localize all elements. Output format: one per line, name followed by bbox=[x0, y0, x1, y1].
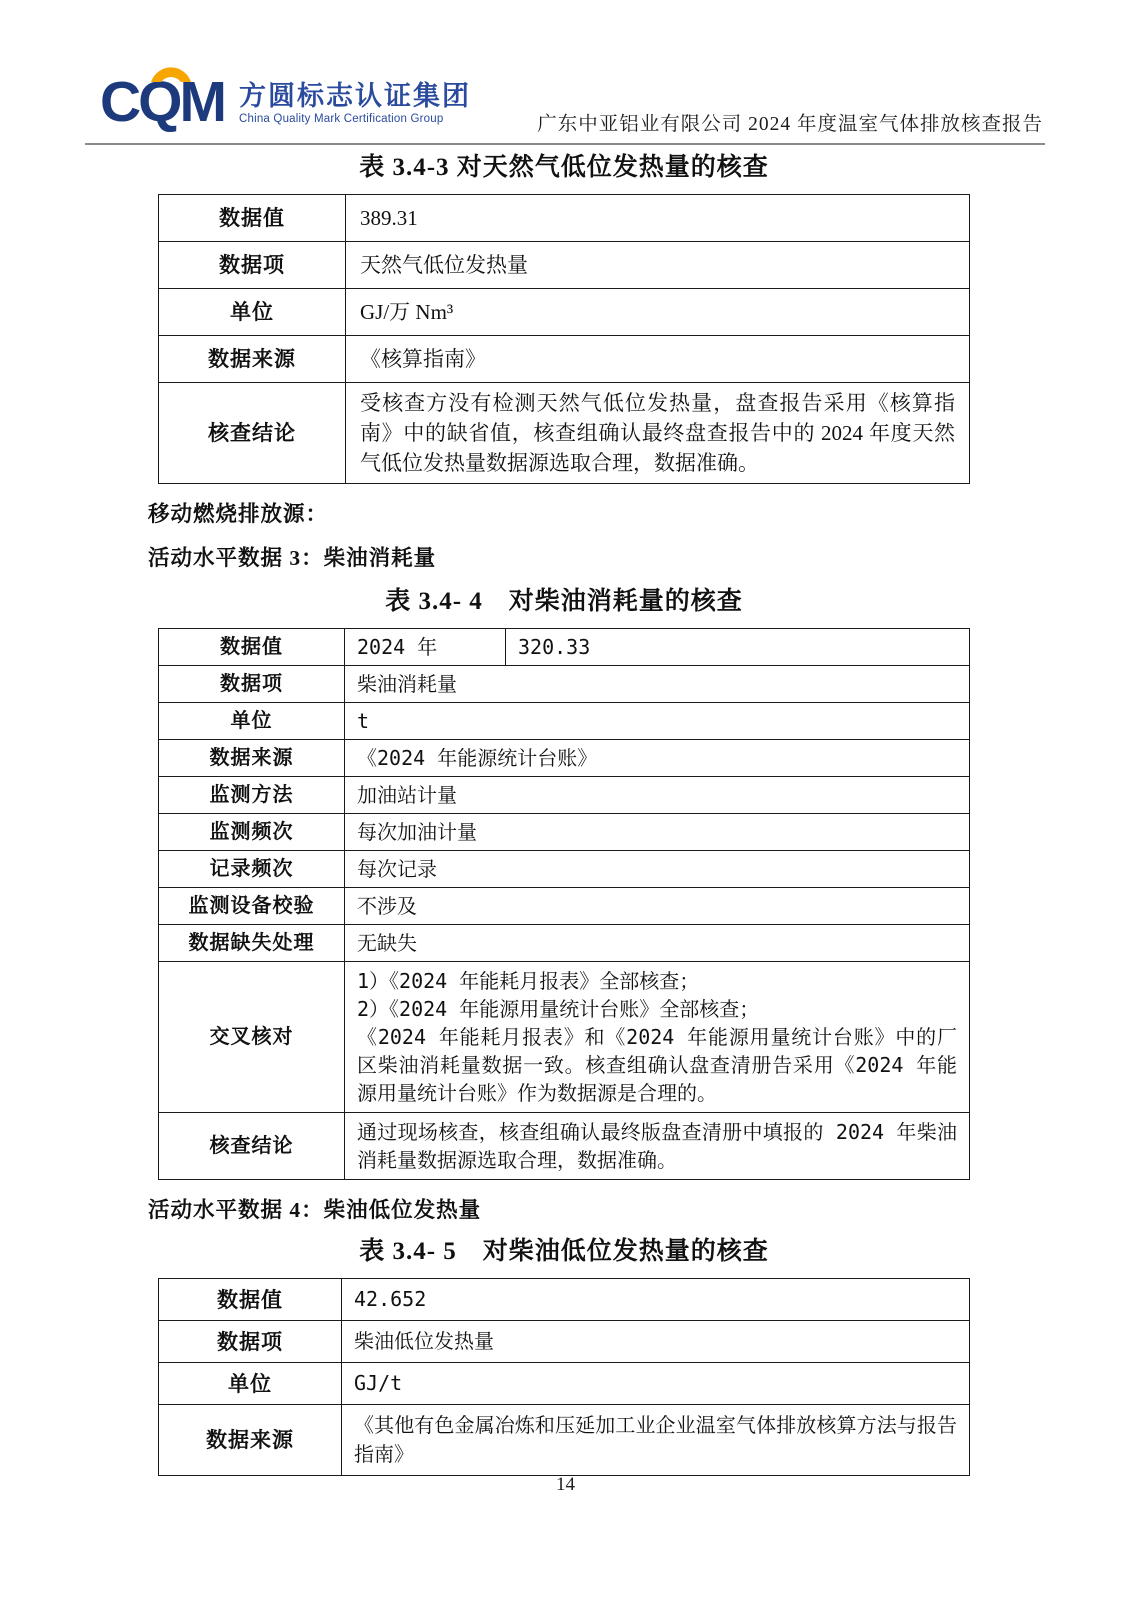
table-row: 记录频次 每次记录 bbox=[159, 851, 970, 888]
row-value: 42.652 bbox=[342, 1279, 970, 1321]
table3-title: 表 3.4- 5 对柴油低位发热量的核查 bbox=[158, 1236, 970, 1268]
table-row: 核查结论 受核查方没有检测天然气低位发热量，盘查报告采用《核算指南》中的缺省值，… bbox=[159, 383, 970, 484]
row-label: 记录频次 bbox=[159, 851, 345, 888]
table-row: 数据来源 《核算指南》 bbox=[159, 336, 970, 383]
row-label: 监测频次 bbox=[159, 814, 345, 851]
logo-name-en: China Quality Mark Certification Group bbox=[239, 112, 471, 126]
table-diesel-heating-value: 数据值 42.652 数据项 柴油低位发热量 单位 GJ/t 数据来源 《其他有… bbox=[158, 1278, 970, 1476]
table-row: 数据项 柴油消耗量 bbox=[159, 666, 970, 703]
row-label: 监测设备校验 bbox=[159, 888, 345, 925]
row-value: 柴油低位发热量 bbox=[342, 1321, 970, 1363]
table-row: 单位 GJ/万 Nm³ bbox=[159, 289, 970, 336]
table-row: 交叉核对 1）《2024 年能耗月报表》全部核查； 2）《2024 年能源用量统… bbox=[159, 962, 970, 1113]
row-value: GJ/万 Nm³ bbox=[346, 289, 970, 336]
row-label: 交叉核对 bbox=[159, 962, 345, 1113]
table2-title: 表 3.4- 4 对柴油消耗量的核查 bbox=[158, 586, 970, 618]
row-label: 单位 bbox=[159, 703, 345, 740]
activity-data-3-heading: 活动水平数据 3：柴油消耗量 bbox=[148, 544, 970, 572]
row-label: 数据来源 bbox=[159, 740, 345, 777]
row-label: 数据值 bbox=[159, 1279, 342, 1321]
row-label: 监测方法 bbox=[159, 777, 345, 814]
table1-title: 表 3.4-3 对天然气低位发热量的核查 bbox=[158, 152, 970, 184]
table-row: 数据值 2024 年 320.33 bbox=[159, 629, 970, 666]
table-row: 数据项 柴油低位发热量 bbox=[159, 1321, 970, 1363]
row-value: 柴油消耗量 bbox=[345, 666, 970, 703]
row-label: 数据缺失处理 bbox=[159, 925, 345, 962]
row-value: 受核查方没有检测天然气低位发热量，盘查报告采用《核算指南》中的缺省值，核查组确认… bbox=[346, 383, 970, 484]
table-natural-gas-heating-value: 数据值 389.31 数据项 天然气低位发热量 单位 GJ/万 Nm³ 数据来源… bbox=[158, 194, 970, 484]
row-year: 2024 年 bbox=[345, 629, 506, 666]
row-label: 数据来源 bbox=[159, 336, 346, 383]
header-rule bbox=[85, 143, 1045, 145]
cqm-orange-arc-icon bbox=[147, 63, 195, 83]
table-row: 数据值 42.652 bbox=[159, 1279, 970, 1321]
row-label: 数据来源 bbox=[159, 1405, 342, 1476]
row-value: 389.31 bbox=[346, 195, 970, 242]
row-value: 无缺失 bbox=[345, 925, 970, 962]
row-value: GJ/t bbox=[342, 1363, 970, 1405]
cqm-acronym-wrap: CQM bbox=[100, 72, 224, 132]
logo-name-zh: 方圆标志认证集团 bbox=[239, 81, 471, 111]
table-row: 监测设备校验 不涉及 bbox=[159, 888, 970, 925]
activity-data-4-heading: 活动水平数据 4：柴油低位发热量 bbox=[148, 1196, 970, 1224]
row-label: 数据项 bbox=[159, 242, 346, 289]
page-content: 表 3.4-3 对天然气低位发热量的核查 数据值 389.31 数据项 天然气低… bbox=[158, 152, 970, 1476]
row-value: 每次记录 bbox=[345, 851, 970, 888]
table-row: 数据来源 《其他有色金属冶炼和压延加工业企业温室气体排放核算方法与报告指南》 bbox=[159, 1405, 970, 1476]
table-row: 监测频次 每次加油计量 bbox=[159, 814, 970, 851]
cqm-logo: CQM 方圆标志认证集团 China Quality Mark Certific… bbox=[100, 72, 471, 132]
row-value: 天然气低位发热量 bbox=[346, 242, 970, 289]
row-label: 核查结论 bbox=[159, 1113, 345, 1180]
row-amount: 320.33 bbox=[506, 629, 970, 666]
row-value: 《2024 年能源统计台账》 bbox=[345, 740, 970, 777]
row-value: 不涉及 bbox=[345, 888, 970, 925]
row-value: t bbox=[345, 703, 970, 740]
row-label: 数据值 bbox=[159, 195, 346, 242]
table-row: 数据来源 《2024 年能源统计台账》 bbox=[159, 740, 970, 777]
table-row: 数据项 天然气低位发热量 bbox=[159, 242, 970, 289]
table-row: 数据值 389.31 bbox=[159, 195, 970, 242]
table-row: 单位 t bbox=[159, 703, 970, 740]
row-label: 数据值 bbox=[159, 629, 345, 666]
mobile-combustion-heading: 移动燃烧排放源： bbox=[148, 500, 970, 528]
page-number: 14 bbox=[0, 1474, 1131, 1496]
table-row: 监测方法 加油站计量 bbox=[159, 777, 970, 814]
row-label: 单位 bbox=[159, 289, 346, 336]
logo-names: 方圆标志认证集团 China Quality Mark Certificatio… bbox=[239, 72, 471, 126]
table-diesel-consumption: 数据值 2024 年 320.33 数据项 柴油消耗量 单位 t 数据来源 《2… bbox=[158, 628, 970, 1180]
row-label: 数据项 bbox=[159, 666, 345, 703]
row-value: 《核算指南》 bbox=[346, 336, 970, 383]
row-value: 通过现场核查，核查组确认最终版盘查清册中填报的 2024 年柴油消耗量数据源选取… bbox=[345, 1113, 970, 1180]
report-page: CQM 方圆标志认证集团 China Quality Mark Certific… bbox=[0, 0, 1131, 1600]
row-value: 《其他有色金属冶炼和压延加工业企业温室气体排放核算方法与报告指南》 bbox=[342, 1405, 970, 1476]
row-value: 每次加油计量 bbox=[345, 814, 970, 851]
table-row: 数据缺失处理 无缺失 bbox=[159, 925, 970, 962]
row-label: 单位 bbox=[159, 1363, 342, 1405]
header-report-title: 广东中亚铝业有限公司 2024 年度温室气体排放核查报告 bbox=[537, 108, 1043, 136]
table-row: 核查结论 通过现场核查，核查组确认最终版盘查清册中填报的 2024 年柴油消耗量… bbox=[159, 1113, 970, 1180]
row-value: 1）《2024 年能耗月报表》全部核查； 2）《2024 年能源用量统计台账》全… bbox=[345, 962, 970, 1113]
table-row: 单位 GJ/t bbox=[159, 1363, 970, 1405]
row-label: 核查结论 bbox=[159, 383, 346, 484]
row-label: 数据项 bbox=[159, 1321, 342, 1363]
row-value: 加油站计量 bbox=[345, 777, 970, 814]
